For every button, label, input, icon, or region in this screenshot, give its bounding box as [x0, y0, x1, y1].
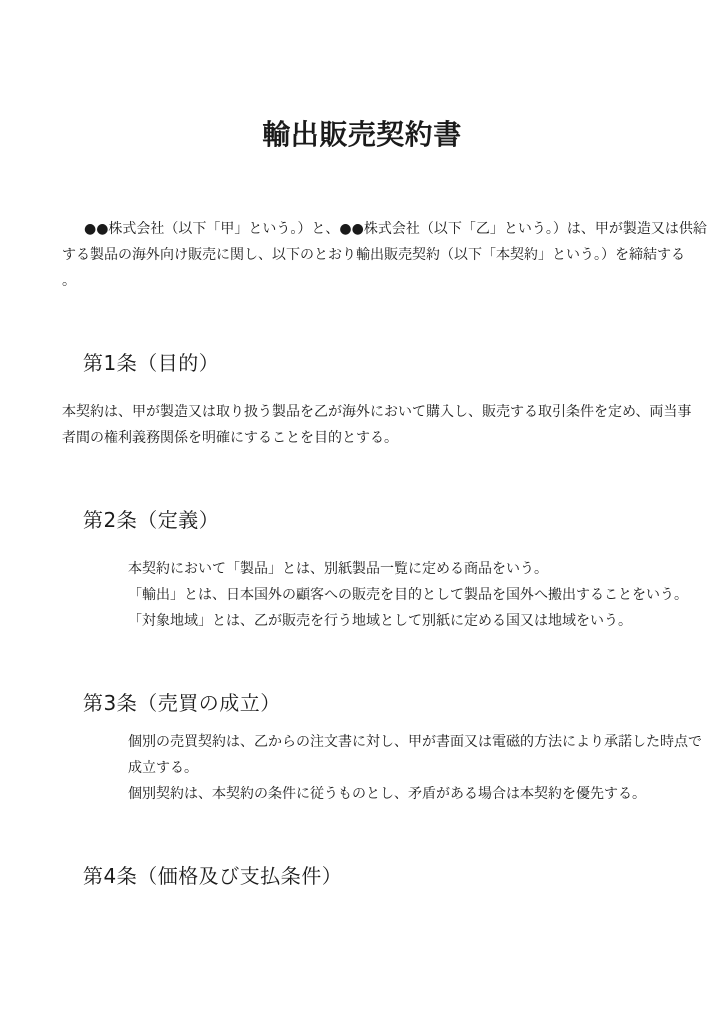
article-section: 第3条（売買の成立） 個別の売買契約は、乙からの注文書に対し、甲が書面又は電磁的…	[62, 690, 662, 807]
contract-document-page: 輸出販売契約書 ●●株式会社（以下「甲」という。）と、●●株式会社（以下「乙」と…	[0, 0, 724, 1024]
text-line: 「対象地域」とは、乙が販売を行う地域として別紙に定める国又は地域をいう。	[128, 608, 662, 634]
article-heading: 第4条（価格及び支払条件）	[62, 863, 662, 890]
article-heading: 第2条（定義）	[62, 507, 662, 534]
document-content: 輸出販売契約書 ●●株式会社（以下「甲」という。）と、●●株式会社（以下「乙」と…	[0, 117, 724, 890]
articles-container: 第1条（目的） 本契約は、甲が製造又は取り扱う製品を乙が海外において購入し、販売…	[62, 350, 662, 890]
text-line: 本契約は、甲が製造又は取り扱う製品を乙が海外において購入し、販売する取引条件を定…	[62, 399, 662, 425]
article-heading: 第1条（目的）	[62, 350, 662, 377]
text-line: 者間の権利義務関係を明確にすることを目的とする。	[62, 425, 662, 451]
article-body: 本契約は、甲が製造又は取り扱う製品を乙が海外において購入し、販売する取引条件を定…	[62, 399, 662, 451]
intro-paragraph: ●●株式会社（以下「甲」という。）と、●●株式会社（以下「乙」という。）は、甲が…	[62, 216, 662, 294]
text-line: 個別契約は、本契約の条件に従うものとし、矛盾がある場合は本契約を優先する。	[128, 781, 662, 807]
text-line: 。	[62, 268, 662, 294]
text-line: 本契約において「製品」とは、別紙製品一覧に定める商品をいう。	[128, 556, 662, 582]
text-line: する製品の海外向け販売に関し、以下のとおり輸出販売契約（以下「本契約」という。）…	[62, 242, 662, 268]
article-body: 個別の売買契約は、乙からの注文書に対し、甲が書面又は電磁的方法により承諾した時点…	[62, 729, 662, 807]
text-line: ●●株式会社（以下「甲」という。）と、●●株式会社（以下「乙」という。）は、甲が…	[62, 216, 662, 242]
article-body: 本契約において「製品」とは、別紙製品一覧に定める商品をいう。「輸出」とは、日本国…	[62, 556, 662, 634]
text-line: 個別の売買契約は、乙からの注文書に対し、甲が書面又は電磁的方法により承諾した時点…	[128, 729, 662, 755]
article-section: 第1条（目的） 本契約は、甲が製造又は取り扱う製品を乙が海外において購入し、販売…	[62, 350, 662, 451]
article-section: 第2条（定義） 本契約において「製品」とは、別紙製品一覧に定める商品をいう。「輸…	[62, 507, 662, 634]
text-line: 「輸出」とは、日本国外の顧客への販売を目的として製品を国外へ搬出することをいう。	[128, 582, 662, 608]
article-section: 第4条（価格及び支払条件）	[62, 863, 662, 890]
article-heading: 第3条（売買の成立）	[62, 690, 662, 717]
document-title: 輸出販売契約書	[62, 117, 662, 153]
text-line: 成立する。	[128, 755, 662, 781]
